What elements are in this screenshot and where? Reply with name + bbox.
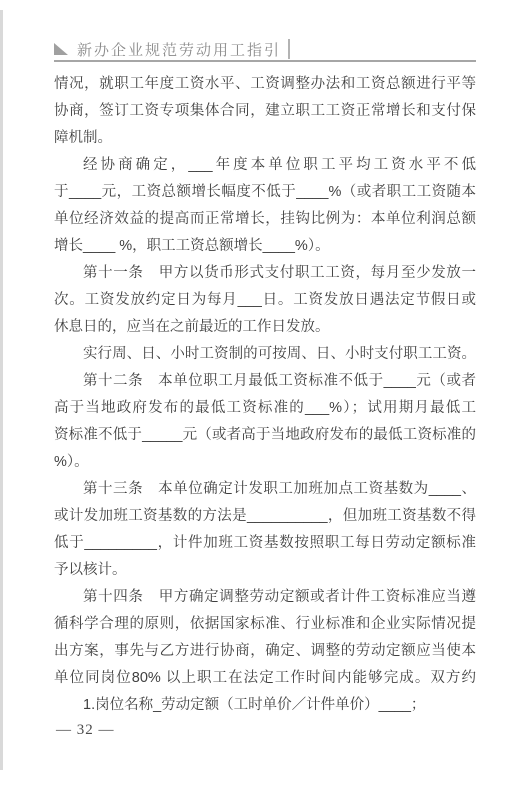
body-line: 第十三条 本单位确定计发职工加班加点工资基数为____、 bbox=[54, 476, 476, 503]
header-rule bbox=[54, 60, 476, 62]
body-line: 实行周、日、小时工资制的可按周、日、小时支付职工工资。 bbox=[54, 341, 476, 368]
body-line: 资标准不低于_____元（或者高于当地政府发布的最低工资标准的 bbox=[54, 422, 476, 449]
body-line: 经协商确定，___年度本单位职工平均工资水平不低 bbox=[54, 152, 476, 179]
body-line: 单位经济效益的提高而正常增长，挂钩比例为：本单位利润总额 bbox=[54, 206, 476, 233]
page-header: 新办企业规范劳动用工指引 bbox=[54, 38, 477, 60]
body-line: 第十四条 甲方确定调整劳动定额或者计件工资标准应当遵 bbox=[54, 584, 476, 611]
header-title: 新办企业规范劳动用工指引 bbox=[77, 39, 281, 60]
body-line: 1.岗位名称_劳动定额（工时单价／计件单价）____； bbox=[54, 692, 476, 719]
page-number: — 32 — bbox=[56, 722, 115, 739]
body-line: 协商，签订工资专项集体合同，建立职工工资正常增长和支付保 bbox=[54, 98, 476, 125]
body-line: 情况，就职工年度工资水平、工资调整办法和工资总额进行平等 bbox=[54, 71, 476, 98]
body-line: 休息日的，应当在之前最近的工作日发放。 bbox=[54, 314, 476, 341]
body-line: 于____元，工资总额增长幅度不低于____%（或者职工工资随本 bbox=[54, 179, 476, 206]
header-divider bbox=[288, 39, 290, 59]
body-line: 出方案，事先与乙方进行协商，确定、调整的劳动定额应当使本 bbox=[54, 638, 476, 665]
body-line: 予以核计。 bbox=[54, 557, 476, 584]
body-line: 第十一条 甲方以货币形式支付职工工资，每月至少发放一 bbox=[54, 260, 476, 287]
body-text: 情况，就职工年度工资水平、工资调整办法和工资总额进行平等协商，签订工资专项集体合… bbox=[54, 71, 476, 719]
body-line: 低于_________，计件加班工资基数按照职工每日劳动定额标准 bbox=[54, 530, 476, 557]
body-line: 高于当地政府发布的最低工资标准的___%）；试用期月最低工 bbox=[54, 395, 476, 422]
body-line: 障机制。 bbox=[54, 125, 476, 152]
body-line: 单位同岗位80% 以上职工在法定工作时间内能够完成。双方约定： bbox=[54, 665, 476, 692]
body-line: %）。 bbox=[54, 449, 476, 476]
body-line: 次。工资发放约定日为每月___日。工资发放日遇法定节假日或 bbox=[54, 287, 476, 314]
body-line: 循科学合理的原则，依据国家标准、行业标准和企业实际情况提 bbox=[54, 611, 476, 638]
body-line: 增长____ %，职工工资总额增长____%）。 bbox=[54, 233, 476, 260]
body-line: 或计发加班工资基数的方法是__________，但加班工资基数不得 bbox=[54, 503, 476, 530]
page-edge-strip bbox=[0, 10, 3, 770]
body-line: 第十二条 本单位职工月最低工资标准不低于____元（或者 bbox=[54, 368, 476, 395]
corner-triangle-icon bbox=[54, 43, 68, 55]
document-page: 新办企业规范劳动用工指引 情况，就职工年度工资水平、工资调整办法和工资总额进行平… bbox=[0, 0, 529, 794]
